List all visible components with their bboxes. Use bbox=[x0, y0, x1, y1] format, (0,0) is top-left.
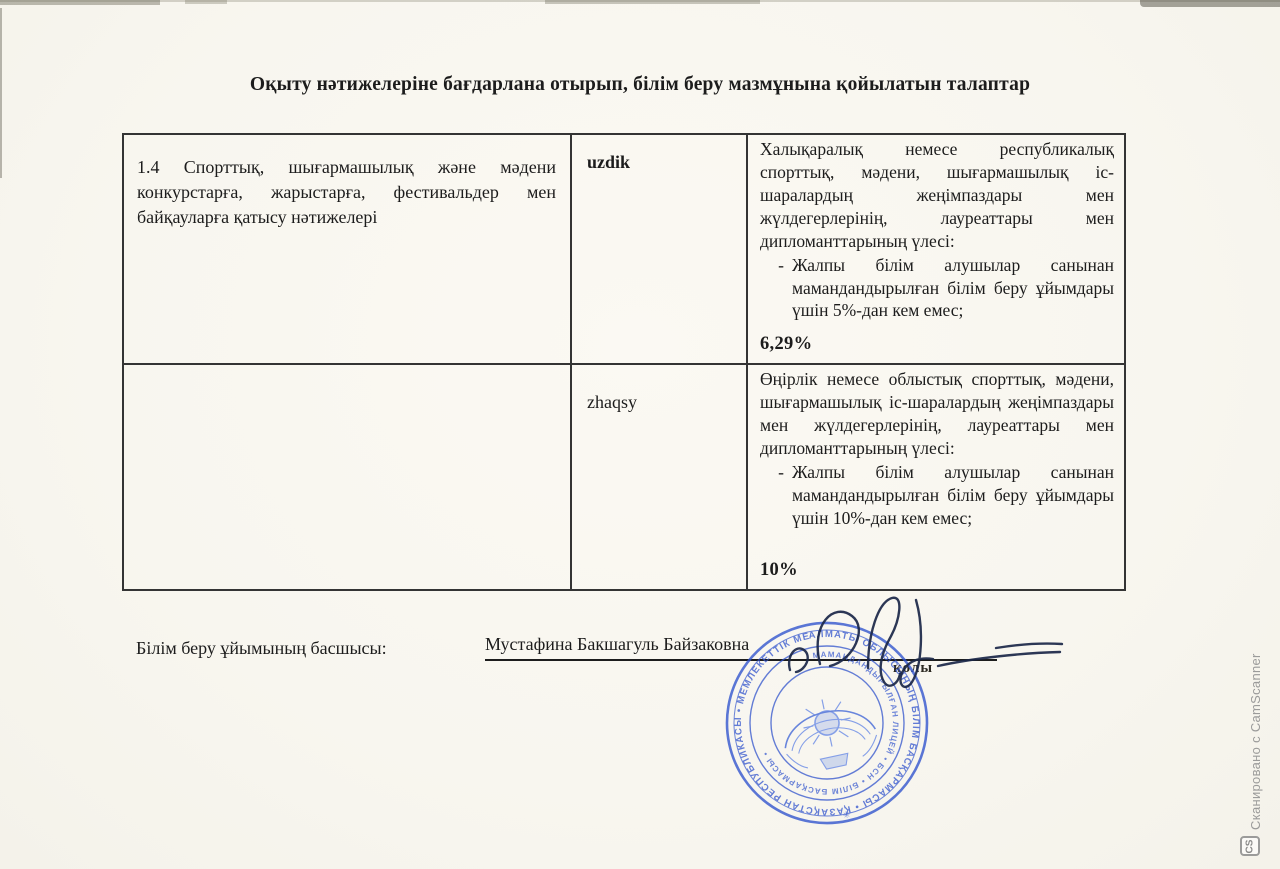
achieved-value: 6,29% bbox=[760, 332, 1114, 356]
camscanner-logo-text: CS bbox=[1245, 839, 1256, 853]
camscanner-watermark-text: Сканировано с CamScanner bbox=[1248, 653, 1263, 830]
bullet-text: Жалпы білім алушылар санынан мамандандыр… bbox=[792, 254, 1114, 323]
requirement-bullet-item: - Жалпы білім алушылар санынан маманданд… bbox=[760, 461, 1114, 530]
scan-edge-blob bbox=[545, 0, 760, 4]
criterion-text: 1.4 Спорттық, шығармашылық және мәдени к… bbox=[137, 157, 556, 227]
table-cell-level: zhaqsy bbox=[572, 365, 748, 589]
requirement-text: Халықаралық немесе республикалық спортты… bbox=[760, 138, 1114, 253]
requirements-table: 1.4 Спорттық, шығармашылық және мәдени к… bbox=[122, 133, 1126, 591]
scan-edge-blob bbox=[1140, 0, 1280, 7]
signatory-role-label: Білім беру ұйымының басшысы: bbox=[136, 638, 387, 659]
level-text: uzdik bbox=[587, 152, 630, 172]
requirement-text: Өңірлік немесе облыстық спорттық, мәдени… bbox=[760, 368, 1114, 460]
table-cell-criterion bbox=[124, 365, 572, 589]
official-stamp-seal: АЛМАТЫ ОБЛЫСЫНЫҢ БІЛІМ БАСҚАРМАСЫ • ҚАЗА… bbox=[695, 591, 958, 854]
camscanner-logo-icon: CS bbox=[1240, 836, 1260, 856]
document-title: Оқыту нәтижелеріне бағдарлана отырып, бі… bbox=[0, 74, 1280, 96]
table-cell-criterion: 1.4 Спорттық, шығармашылық және мәдени к… bbox=[124, 135, 572, 365]
table-cell-requirement: Өңірлік немесе облыстық спорттық, мәдени… bbox=[748, 365, 1124, 589]
bullet-text: Жалпы білім алушылар санынан мамандандыр… bbox=[792, 461, 1114, 530]
bullet-dash: - bbox=[770, 461, 792, 530]
requirement-bullet-item: - Жалпы білім алушылар санынан маманданд… bbox=[760, 254, 1114, 323]
scan-edge-blob bbox=[0, 0, 160, 5]
table-cell-level: uzdik bbox=[572, 135, 748, 365]
scan-edge-blob bbox=[185, 0, 227, 4]
bullet-dash: - bbox=[770, 254, 792, 323]
scanned-document-page: Оқыту нәтижелеріне бағдарлана отырып, бі… bbox=[0, 0, 1280, 869]
table-cell-requirement: Халықаралық немесе республикалық спортты… bbox=[748, 135, 1124, 365]
level-text: zhaqsy bbox=[587, 392, 637, 412]
achieved-value: 10% bbox=[760, 558, 1114, 582]
